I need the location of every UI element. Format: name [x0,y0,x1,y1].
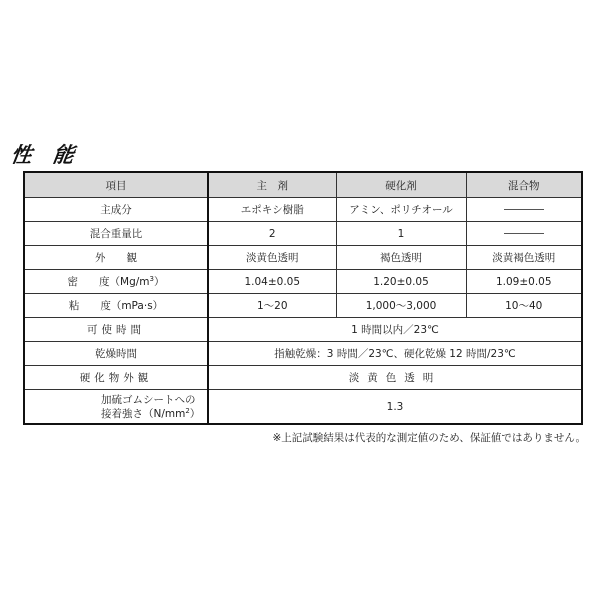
row-label-tail: ） [154,276,165,288]
row-label-text: 密 度（Mg/m [68,276,150,288]
table-header-row: 項目 主 剤 硬化剤 混合物 [24,172,582,198]
cell-hardener: アミン、ポリチオール [336,198,466,222]
dash-line [504,209,544,210]
cell-mixture [466,222,582,246]
cell-merged-value: 淡黄色透明 [208,366,582,390]
cell-merged-value: 1 時間以内／23℃ [208,318,582,342]
row-label-text: 接着強さ（N/mm [101,408,185,420]
header-main-agent: 主 剤 [208,172,336,198]
row-label: 外 観 [24,246,208,270]
table-row: 外 観 淡黄色透明 褐色透明 淡黄褐色透明 [24,246,582,270]
cell-main: 2 [208,222,336,246]
cell-mixture: 10～40 [466,294,582,318]
row-label: 密 度（Mg/m3） [24,270,208,294]
cell-hardener: 褐色透明 [336,246,466,270]
header-hardener: 硬化剤 [336,172,466,198]
dash-line [504,233,544,234]
cell-merged-value: 1.3 [208,390,582,425]
section-title: 性 能 [9,139,76,169]
performance-table: 項目 主 剤 硬化剤 混合物 主成分 エポキシ樹脂 アミン、ポリチオール 混合重… [23,171,583,425]
cell-hardener: 1.20±0.05 [336,270,466,294]
row-label: 硬化物外観 [24,366,208,390]
cell-mixture: 淡黄褐色透明 [466,246,582,270]
header-mixture: 混合物 [466,172,582,198]
cell-mixture: 1.09±0.05 [466,270,582,294]
table-row: 粘 度（mPa·s） 1～20 1,000～3,000 10～40 [24,294,582,318]
table-row: 混合重量比 2 1 [24,222,582,246]
header-item: 項目 [24,172,208,198]
row-label-line2: 接着強さ（N/mm2） [101,407,207,421]
cell-main: 1.04±0.05 [208,270,336,294]
cell-merged-value: 指触乾燥：3 時間／23℃、硬化乾燥 12 時間/23℃ [208,342,582,366]
table-row: 可使時間 1 時間以内／23℃ [24,318,582,342]
row-label: 可使時間 [24,318,208,342]
cell-main: エポキシ樹脂 [208,198,336,222]
table-row: 硬化物外観 淡黄色透明 [24,366,582,390]
table-row: 密 度（Mg/m3） 1.04±0.05 1.20±0.05 1.09±0.05 [24,270,582,294]
row-label: 加硫ゴムシートへの 接着強さ（N/mm2） [24,390,208,425]
disclaimer-note: ※上記試験結果は代表的な測定値のため、保証値ではありません。 [272,430,586,445]
cell-mixture [466,198,582,222]
table-row: 加硫ゴムシートへの 接着強さ（N/mm2） 1.3 [24,390,582,425]
cell-hardener: 1,000～3,000 [336,294,466,318]
row-label: 混合重量比 [24,222,208,246]
cell-main: 淡黄色透明 [208,246,336,270]
table-row: 乾燥時間 指触乾燥：3 時間／23℃、硬化乾燥 12 時間/23℃ [24,342,582,366]
row-label-line1: 加硫ゴムシートへの [101,393,207,407]
cell-main: 1～20 [208,294,336,318]
table-row: 主成分 エポキシ樹脂 アミン、ポリチオール [24,198,582,222]
row-label: 乾燥時間 [24,342,208,366]
row-label: 主成分 [24,198,208,222]
row-label-tail: ） [190,408,201,420]
cell-hardener: 1 [336,222,466,246]
row-label: 粘 度（mPa·s） [24,294,208,318]
